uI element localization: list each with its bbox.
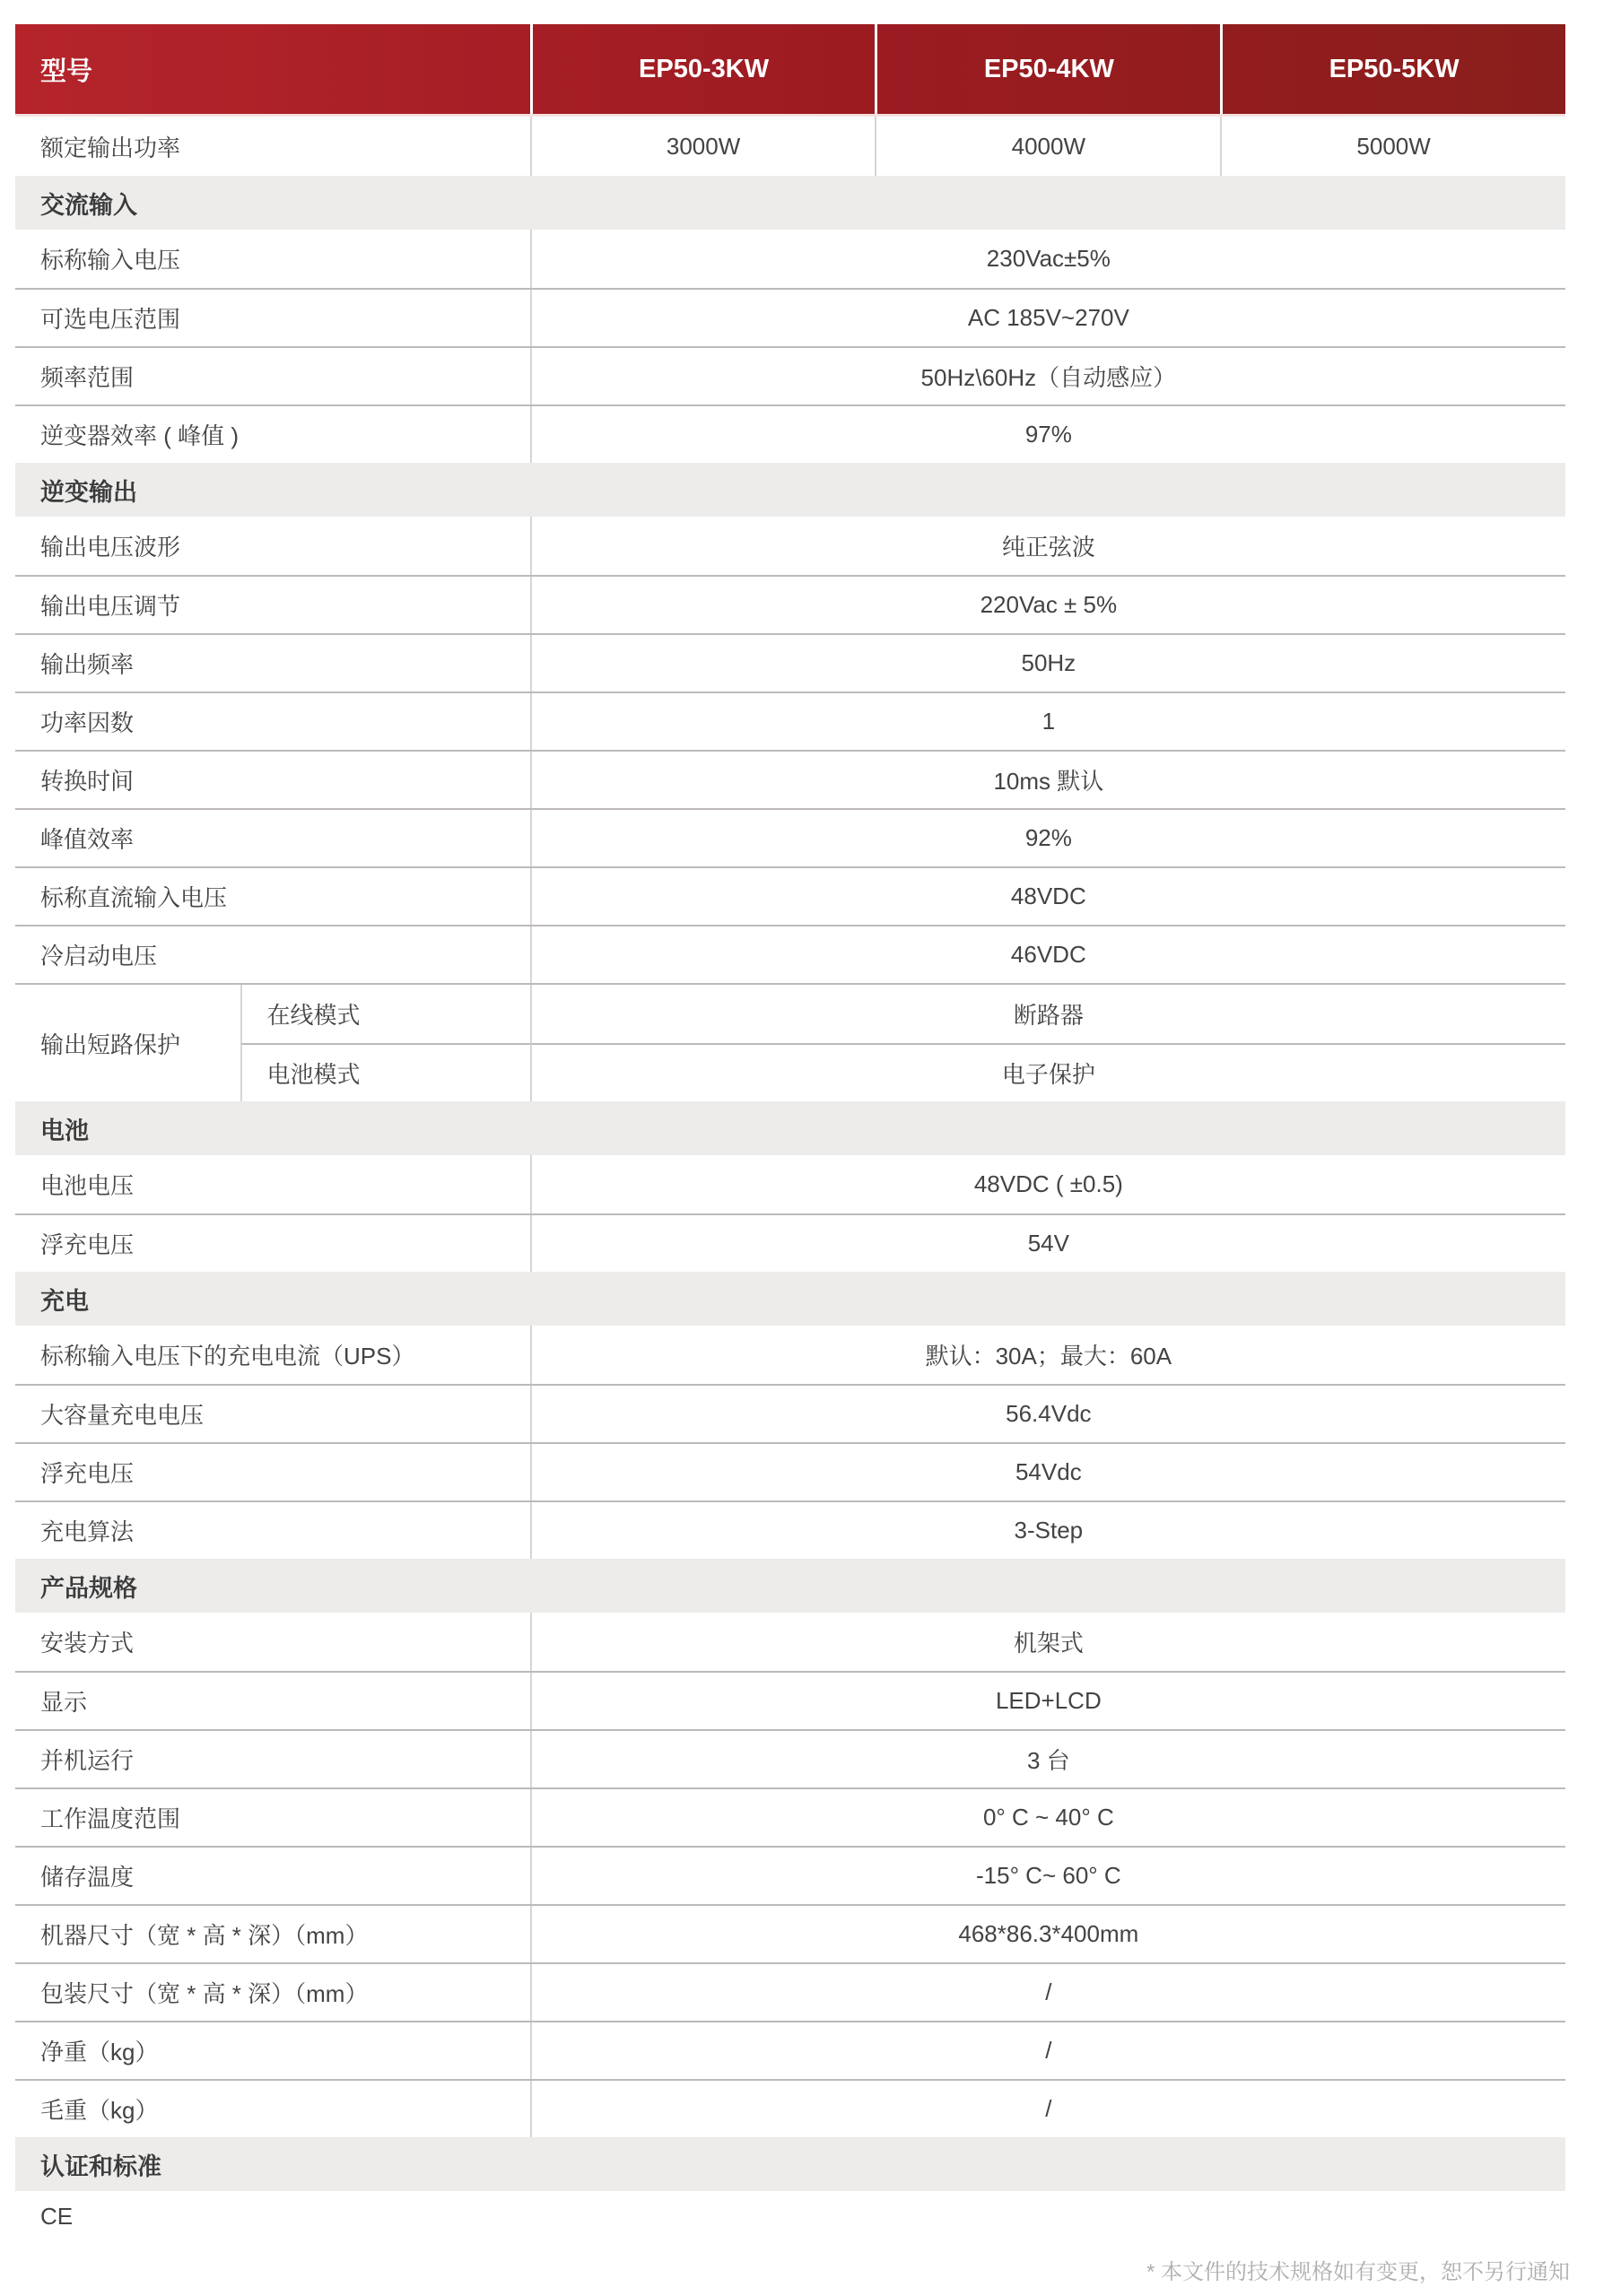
section-header-charging: 充电: [15, 1272, 1565, 1326]
table-row: 并机运行 3 台: [15, 1729, 1565, 1787]
row-label: 机器尺寸（宽 * 高 * 深）（mm）: [15, 1906, 530, 1962]
row-label: 毛重（kg）: [15, 2081, 530, 2137]
row-label: 并机运行: [15, 1731, 530, 1787]
model-column-ep50-3kw: EP50-3KW: [530, 24, 876, 114]
table-row: 包装尺寸（宽 * 高 * 深）（mm） /: [15, 1962, 1565, 2021]
sub-row-value: 电子保护: [530, 1043, 1565, 1101]
table-row: 逆变器效率 ( 峰值 ) 97%: [15, 404, 1565, 463]
ac-input-rows: 标称输入电压 230Vac±5% 可选电压范围 AC 185V~270V 频率范…: [15, 230, 1565, 463]
row-value: AC 185V~270V: [530, 290, 1565, 346]
section-header-certification: 认证和标准: [15, 2137, 1565, 2191]
row-value: 48VDC: [530, 868, 1565, 925]
table-row: 冷启动电压 46VDC: [15, 925, 1565, 983]
row-label: 安装方式: [15, 1613, 530, 1671]
row-value: /: [530, 2022, 1565, 2079]
row-value: /: [530, 2081, 1565, 2137]
table-row: 大容量充电电压 56.4Vdc: [15, 1384, 1565, 1442]
section-header-ac-input: 交流输入: [15, 176, 1565, 230]
row-value: 3 台: [530, 1731, 1565, 1787]
row-value: 468*86.3*400mm: [530, 1906, 1565, 1962]
row-value: 46VDC: [530, 926, 1565, 983]
row-label: 储存温度: [15, 1848, 530, 1904]
table-row: 输出电压调节 220Vac ± 5%: [15, 575, 1565, 633]
table-row: 标称输入电压 230Vac±5%: [15, 230, 1565, 288]
row-label: 转换时间: [15, 752, 530, 808]
table-row: 转换时间 10ms 默认: [15, 750, 1565, 808]
row-value: 54Vdc: [530, 1444, 1565, 1500]
table-row-short-circuit-protection: 输出短路保护 在线模式 断路器 电池模式 电子保护: [15, 983, 1565, 1101]
row-label: 冷启动电压: [15, 926, 530, 983]
row-label: 包装尺寸（宽 * 高 * 深）（mm）: [15, 1964, 530, 2021]
row-value: LED+LCD: [530, 1673, 1565, 1729]
inverter-output-rows: 输出电压波形 纯正弦波 输出电压调节 220Vac ± 5% 输出频率 50Hz…: [15, 517, 1565, 1101]
row-label: 输出短路保护: [15, 985, 240, 1101]
row-value: 50Hz: [530, 635, 1565, 691]
row-value: 48VDC ( ±0.5): [530, 1155, 1565, 1213]
model-label-header: 型号: [15, 24, 530, 114]
row-value-4kw: 4000W: [875, 117, 1220, 176]
section-header-inverter-output: 逆变输出: [15, 463, 1565, 517]
sub-row-value: 断路器: [530, 985, 1565, 1043]
row-value: 56.4Vdc: [530, 1386, 1565, 1442]
row-label: 输出电压波形: [15, 517, 530, 575]
row-value-5kw: 5000W: [1220, 117, 1565, 176]
row-label: 频率范围: [15, 348, 530, 404]
table-row: 浮充电压 54Vdc: [15, 1442, 1565, 1500]
table-row: 可选电压范围 AC 185V~270V: [15, 288, 1565, 346]
row-value: 纯正弦波: [530, 517, 1565, 575]
row-label: 功率因数: [15, 693, 530, 750]
row-value: 默认：30A；最大：60A: [530, 1326, 1565, 1384]
row-value: 230Vac±5%: [530, 230, 1565, 288]
row-label: 浮充电压: [15, 1215, 530, 1272]
table-row: 浮充电压 54V: [15, 1213, 1565, 1272]
table-row: 电池电压 48VDC ( ±0.5): [15, 1155, 1565, 1213]
table-row: 储存温度 -15° C~ 60° C: [15, 1846, 1565, 1904]
row-label: 额定输出功率: [15, 117, 530, 176]
section-header-battery: 电池: [15, 1101, 1565, 1155]
table-row: 标称直流输入电压 48VDC: [15, 866, 1565, 925]
sub-row-label-online-mode: 在线模式: [240, 985, 530, 1043]
row-label: 峰值效率: [15, 810, 530, 866]
row-value: 3-Step: [530, 1502, 1565, 1559]
table-row: 输出电压波形 纯正弦波: [15, 517, 1565, 575]
table-row: 机器尺寸（宽 * 高 * 深）（mm） 468*86.3*400mm: [15, 1904, 1565, 1962]
row-value: 机架式: [530, 1613, 1565, 1671]
row-value: 1: [530, 693, 1565, 750]
table-row-rated-power: 额定输出功率 3000W 4000W 5000W: [15, 117, 1565, 176]
row-value: 50Hz\60Hz（自动感应）: [530, 348, 1565, 404]
row-label: 标称输入电压下的充电电流（UPS）: [15, 1326, 530, 1384]
row-label: 输出电压调节: [15, 577, 530, 633]
table-row-certification-ce: CE: [15, 2191, 1565, 2241]
row-label: 浮充电压: [15, 1444, 530, 1500]
row-value: 54V: [530, 1215, 1565, 1272]
row-value: 10ms 默认: [530, 752, 1565, 808]
row-value: /: [530, 1964, 1565, 2021]
row-label: 工作温度范围: [15, 1789, 530, 1846]
table-row: 显示 LED+LCD: [15, 1671, 1565, 1729]
row-label: 电池电压: [15, 1155, 530, 1213]
footer-disclaimer-note: * 本文件的技术规格如有变更，恕不另行通知: [1146, 2254, 1570, 2285]
row-label: 净重（kg）: [15, 2022, 530, 2079]
row-value: 220Vac ± 5%: [530, 577, 1565, 633]
table-header-row: 型号 EP50-3KW EP50-4KW EP50-5KW: [15, 24, 1565, 117]
rated-power-group: 额定输出功率 3000W 4000W 5000W: [15, 117, 1565, 176]
table-row: 功率因数 1: [15, 691, 1565, 750]
table-row: 标称输入电压下的充电电流（UPS） 默认：30A；最大：60A: [15, 1326, 1565, 1384]
row-label: 逆变器效率 ( 峰值 ): [15, 406, 530, 463]
row-label: 输出频率: [15, 635, 530, 691]
row-label: 大容量充电电压: [15, 1386, 530, 1442]
charging-rows: 标称输入电压下的充电电流（UPS） 默认：30A；最大：60A 大容量充电电压 …: [15, 1326, 1565, 1559]
row-label: 可选电压范围: [15, 290, 530, 346]
row-label: 显示: [15, 1673, 530, 1729]
table-row: 毛重（kg） /: [15, 2079, 1565, 2137]
table-row: 安装方式 机架式: [15, 1613, 1565, 1671]
spec-table: 型号 EP50-3KW EP50-4KW EP50-5KW 额定输出功率 300…: [15, 24, 1565, 2241]
product-spec-rows: 安装方式 机架式 显示 LED+LCD 并机运行 3 台 工作温度范围 0° C…: [15, 1613, 1565, 2137]
battery-rows: 电池电压 48VDC ( ±0.5) 浮充电压 54V: [15, 1155, 1565, 1272]
row-value: -15° C~ 60° C: [530, 1848, 1565, 1904]
model-column-ep50-5kw: EP50-5KW: [1220, 24, 1565, 114]
table-row: 净重（kg） /: [15, 2021, 1565, 2079]
table-row: 峰值效率 92%: [15, 808, 1565, 866]
row-value: 92%: [530, 810, 1565, 866]
sub-row-label-battery-mode: 电池模式: [240, 1043, 530, 1101]
table-row: 工作温度范围 0° C ~ 40° C: [15, 1787, 1565, 1846]
row-value: 97%: [530, 406, 1565, 463]
row-label: 充电算法: [15, 1502, 530, 1559]
section-header-product-spec: 产品规格: [15, 1559, 1565, 1613]
model-column-ep50-4kw: EP50-4KW: [875, 24, 1220, 114]
row-value: 0° C ~ 40° C: [530, 1789, 1565, 1846]
row-label: 标称直流输入电压: [15, 868, 530, 925]
table-row: 频率范围 50Hz\60Hz（自动感应）: [15, 346, 1565, 404]
table-row: 充电算法 3-Step: [15, 1500, 1565, 1559]
row-value-3kw: 3000W: [530, 117, 876, 176]
row-label: 标称输入电压: [15, 230, 530, 288]
table-row: 输出频率 50Hz: [15, 633, 1565, 691]
